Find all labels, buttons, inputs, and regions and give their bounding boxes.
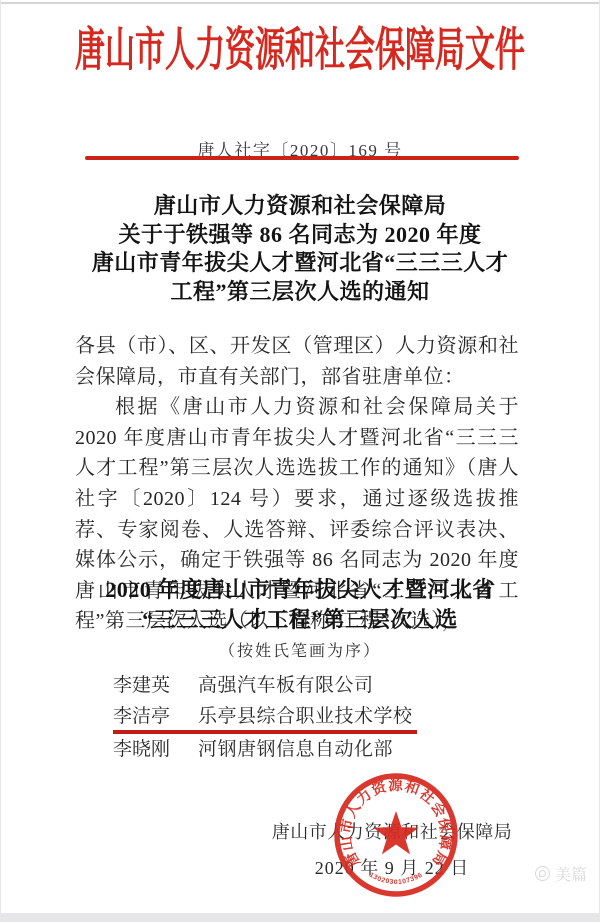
meipian-watermark: 美篇 [535,862,587,885]
document-title-line-2: 关于于铁强等 86 名同志为 2020 年度 [37,221,563,250]
document-title-line-3: 唐山市青年拔尖人才暨河北省“三三三人才 [37,249,563,278]
list-item: 李晓刚 河钢唐钢信息自动化部 [113,737,397,763]
list-item: 李建英 高强汽车板有限公司 [113,673,378,699]
selection-list-heading-line-2: “三三三人才工程”第三层次人选 [1,605,599,635]
document-title-line-4: 工程”第三层次人选的通知 [37,278,563,307]
seal-code-digits: 1302030107396 [368,872,424,886]
document-title-line-1: 唐山市人力资源和社会保障局 [37,192,563,221]
official-document-page: 唐山市人力资源和社会保障局文件 唐人社字〔2020〕169 号 唐山市人力资源和… [0,0,600,922]
person-organization: 高强汽车板有限公司 [198,673,374,699]
person-name: 李晓刚 [113,737,170,763]
addressee-line: 各县（市）、区、开发区（管理区）人力资源和社会保障局，市直有关部门，部省驻唐单位… [75,331,519,392]
person-name: 李建英 [113,673,170,699]
document-title: 唐山市人力资源和社会保障局 关于于铁强等 86 名同志为 2020 年度 唐山市… [37,192,563,306]
sort-order-note: （按姓氏笔画为序） [1,638,599,661]
list-item-highlighted: 李洁亭 乐亭县综合职业技术学校 [113,704,417,734]
meipian-logo-icon [535,866,550,881]
selected-persons-list: 李建英 高强汽车板有限公司 李洁亭 乐亭县综合职业技术学校 李晓刚 河钢唐钢信息… [113,673,417,768]
watermark-label: 美篇 [555,862,587,885]
person-organization: 乐亭县综合职业技术学校 [198,704,413,730]
seal-star-icon [373,811,419,854]
letterhead-divider-rule [85,156,519,160]
selection-list-heading-line-1: 2020 年度唐山市青年拔尖人才暨河北省 [1,575,599,605]
person-name: 李洁亭 [113,704,170,730]
page-bottom-border [1,913,599,922]
person-organization: 河钢唐钢信息自动化部 [198,737,393,763]
red-letterhead-banner: 唐山市人力资源和社会保障局文件 [1,11,599,79]
selection-list-heading: 2020 年度唐山市青年拔尖人才暨河北省 “三三三人才工程”第三层次人选 [1,575,599,635]
official-red-seal: 唐山市人力资源和社会保障局 1302030107396 [331,770,461,900]
page-top-border [1,2,599,4]
